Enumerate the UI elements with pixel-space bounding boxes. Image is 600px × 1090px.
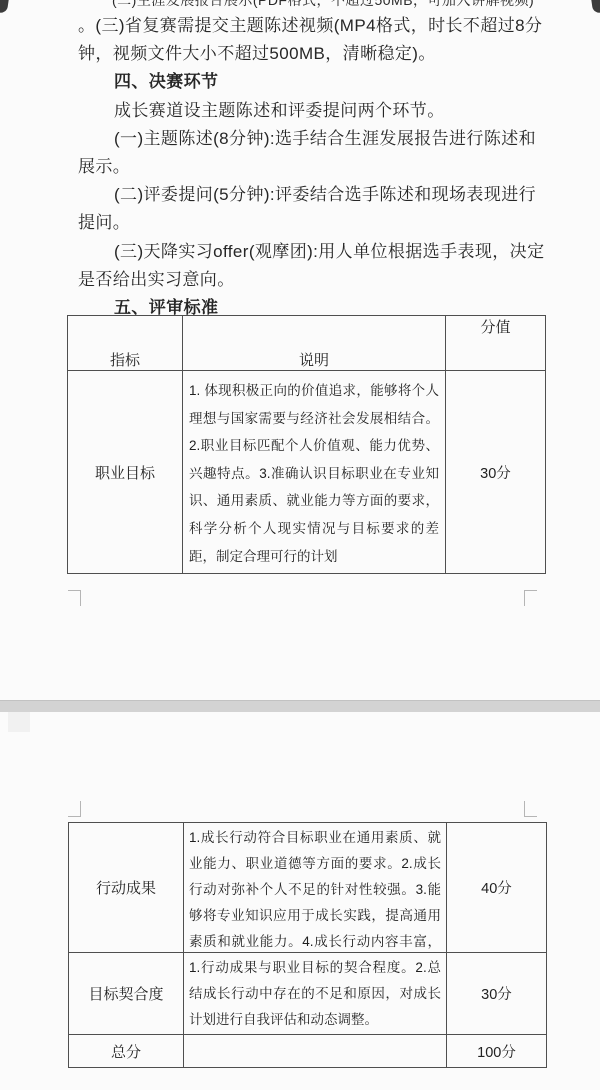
- table-row: 行动成果 1.成长行动符合目标职业在通用素质、就业能力、职业道德等方面的要求。2…: [69, 823, 547, 953]
- doc-line: (一)主题陈述(8分钟):选手结合生涯发展报告进行陈述和: [78, 125, 548, 153]
- rubric-table-page1: 指标 说明 分值 职业目标 1. 体现积极正向的价值追求，能够将个人理想与国家需…: [67, 315, 546, 574]
- table-row: 职业目标 1. 体现积极正向的价值追求，能够将个人理想与国家需要与经济社会发展相…: [68, 371, 546, 574]
- doc-line: (三)天降实习offer(观摩团):用人单位根据选手表现，决定: [78, 238, 548, 266]
- screen-edge-artifact-left: [0, 0, 9, 14]
- row-score: 40分: [447, 823, 547, 953]
- screen-edge-artifact-right: [591, 0, 600, 14]
- document-page: (二)生涯发展报告展示(PDF格式，不超过50MB，可加入讲解视频) 。(三)省…: [0, 0, 600, 1090]
- header-indicator: 指标: [68, 316, 183, 371]
- row-score: 30分: [446, 371, 546, 574]
- doc-line: 。(三)省复赛需提交主题陈述视频(MP4格式，时长不超过8分: [78, 12, 548, 40]
- table-row: 目标契合度 1.行动成果与职业目标的契合程度。2.总结成长行动中存在的不足和原因…: [69, 953, 547, 1035]
- total-label: 总分: [69, 1035, 184, 1068]
- section-heading-4: 四、决赛环节: [78, 68, 548, 96]
- row-label: 职业目标: [68, 371, 183, 574]
- doc-line: 钟，视频文件大小不超过500MB，清晰稳定)。: [78, 40, 548, 68]
- page-margin-mark-top-left: [68, 801, 81, 817]
- doc-line: 展示。: [78, 153, 548, 181]
- total-description-cell: [184, 1035, 447, 1068]
- document-body-text: 。(三)省复赛需提交主题陈述视频(MP4格式，时长不超过8分 钟，视频文件大小不…: [78, 12, 548, 322]
- rubric-table-page2: 行动成果 1.成长行动符合目标职业在通用素质、就业能力、职业道德等方面的要求。2…: [68, 822, 547, 1068]
- doc-line: 提问。: [78, 209, 548, 237]
- page-break-separator: [0, 700, 600, 712]
- total-score: 100分: [447, 1035, 547, 1068]
- row-score: 30分: [447, 953, 547, 1035]
- row-description-cell: 1. 体现积极正向的价值追求，能够将个人理想与国家需要与经济社会发展相结合。2.…: [183, 371, 446, 574]
- page-break-notch: [8, 712, 30, 732]
- row-description-cell: 1.成长行动符合目标职业在通用素质、就业能力、职业道德等方面的要求。2.成长行动…: [184, 823, 447, 953]
- row-description-cell: 1.行动成果与职业目标的契合程度。2.总结成长行动中存在的不足和原因，对成长计划…: [184, 953, 447, 1035]
- clipped-text-line: (二)生涯发展报告展示(PDF格式，不超过50MB，可加入讲解视频): [112, 0, 534, 7]
- page-margin-mark-bottom-right: [524, 590, 537, 606]
- row-label: 行动成果: [69, 823, 184, 953]
- header-score: 分值: [446, 316, 546, 371]
- row-description: 1.成长行动符合目标职业在通用素质、就业能力、职业道德等方面的要求。2.成长行动…: [189, 825, 441, 951]
- page-margin-mark-top-right: [524, 801, 537, 817]
- header-description: 说明: [183, 316, 446, 371]
- doc-line: 成长赛道设主题陈述和评委提问两个环节。: [78, 97, 548, 125]
- doc-line: 是否给出实习意向。: [78, 266, 548, 294]
- page-margin-mark-bottom-left: [68, 590, 81, 606]
- table-row-total: 总分 100分: [69, 1035, 547, 1068]
- row-label: 目标契合度: [69, 953, 184, 1035]
- doc-line: (二)评委提问(5分钟):评委结合选手陈述和现场表现进行: [78, 181, 548, 209]
- row-description: 1.行动成果与职业目标的契合程度。2.总结成长行动中存在的不足和原因，对成长计划…: [189, 955, 441, 1033]
- table-header-row: 指标 说明 分值: [68, 316, 546, 371]
- row-description: 1. 体现积极正向的价值追求，能够将个人理想与国家需要与经济社会发展相结合。2.…: [189, 377, 439, 573]
